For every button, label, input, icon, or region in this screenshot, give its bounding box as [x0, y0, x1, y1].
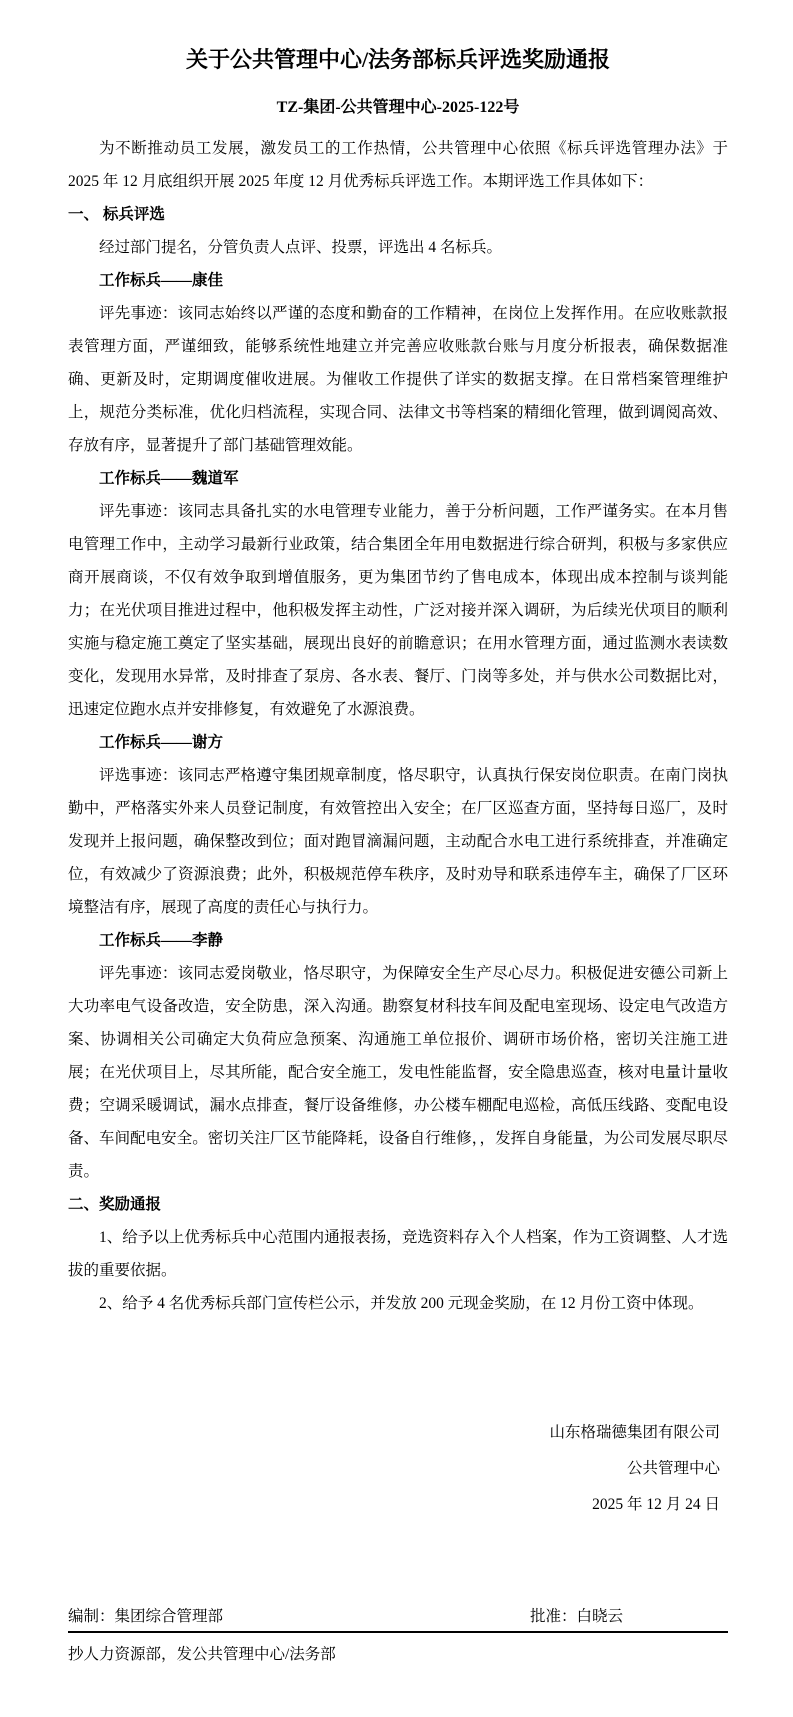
awardee-1-body: 评先事迹：该同志始终以严谨的态度和勤奋的工作精神，在岗位上发挥作用。在应收账款报… — [68, 297, 728, 462]
section-2-heading: 二、奖励通报 — [68, 1188, 728, 1221]
awardee-4-subheading: 工作标兵——李静 — [68, 924, 728, 957]
prepared-by-label: 编制：集团综合管理部 — [68, 1608, 223, 1625]
document-title: 关于公共管理中心/法务部标兵评选奖励通报 — [68, 44, 728, 76]
awardee-3-body: 评选事迹：该同志严格遵守集团规章制度，恪尽职守，认真执行保安岗位职责。在南门岗执… — [68, 759, 728, 924]
reward-item-1: 1、给予以上优秀标兵中心范围内通报表扬，竞选资料存入个人档案，作为工资调整、人才… — [68, 1221, 728, 1287]
document-footer: 编制：集团综合管理部 批准：白晓云 抄人力资源部，发公共管理中心/法务部 — [68, 1606, 728, 1666]
awardee-3-subheading: 工作标兵——谢方 — [68, 726, 728, 759]
document-number: TZ-集团-公共管理中心-2025-122号 — [68, 96, 728, 120]
document-page: 关于公共管理中心/法务部标兵评选奖励通报 TZ-集团-公共管理中心-2025-1… — [0, 0, 793, 1717]
cc-distribution-line: 抄人力资源部，发公共管理中心/法务部 — [68, 1644, 728, 1666]
signature-company: 山东格瑞德集团有限公司 — [68, 1415, 720, 1451]
document-body: 为不断推动员工发展，激发员工的工作热情，公共管理中心依照《标兵评选管理办法》于 … — [68, 132, 728, 1320]
signature-department: 公共管理中心 — [68, 1451, 720, 1487]
reward-item-2: 2、给予 4 名优秀标兵部门宣传栏公示，并发放 200 元现金奖励，在 12 月… — [68, 1287, 728, 1320]
awardee-4-body: 评先事迹：该同志爱岗敬业，恪尽职守，为保障安全生产尽心尽力。积极促进安德公司新上… — [68, 957, 728, 1188]
signature-date: 2025 年 12 月 24 日 — [68, 1487, 720, 1523]
footer-approval-row: 编制：集团综合管理部 批准：白晓云 — [68, 1606, 728, 1633]
section-1-heading: 一、 标兵评选 — [68, 198, 728, 231]
awardee-2-subheading: 工作标兵——魏道军 — [68, 462, 728, 495]
intro-paragraph: 为不断推动员工发展，激发员工的工作热情，公共管理中心依照《标兵评选管理办法》于 … — [68, 132, 728, 198]
signature-block: 山东格瑞德集团有限公司 公共管理中心 2025 年 12 月 24 日 — [68, 1415, 728, 1523]
approved-by-label: 批准：白晓云 — [530, 1606, 623, 1628]
awardee-2-body: 评先事迹：该同志具备扎实的水电管理专业能力，善于分析问题，工作严谨务实。在本月售… — [68, 495, 728, 726]
section-1-intro: 经过部门提名，分管负责人点评、投票，评选出 4 名标兵。 — [68, 231, 728, 264]
awardee-1-subheading: 工作标兵——康佳 — [68, 264, 728, 297]
